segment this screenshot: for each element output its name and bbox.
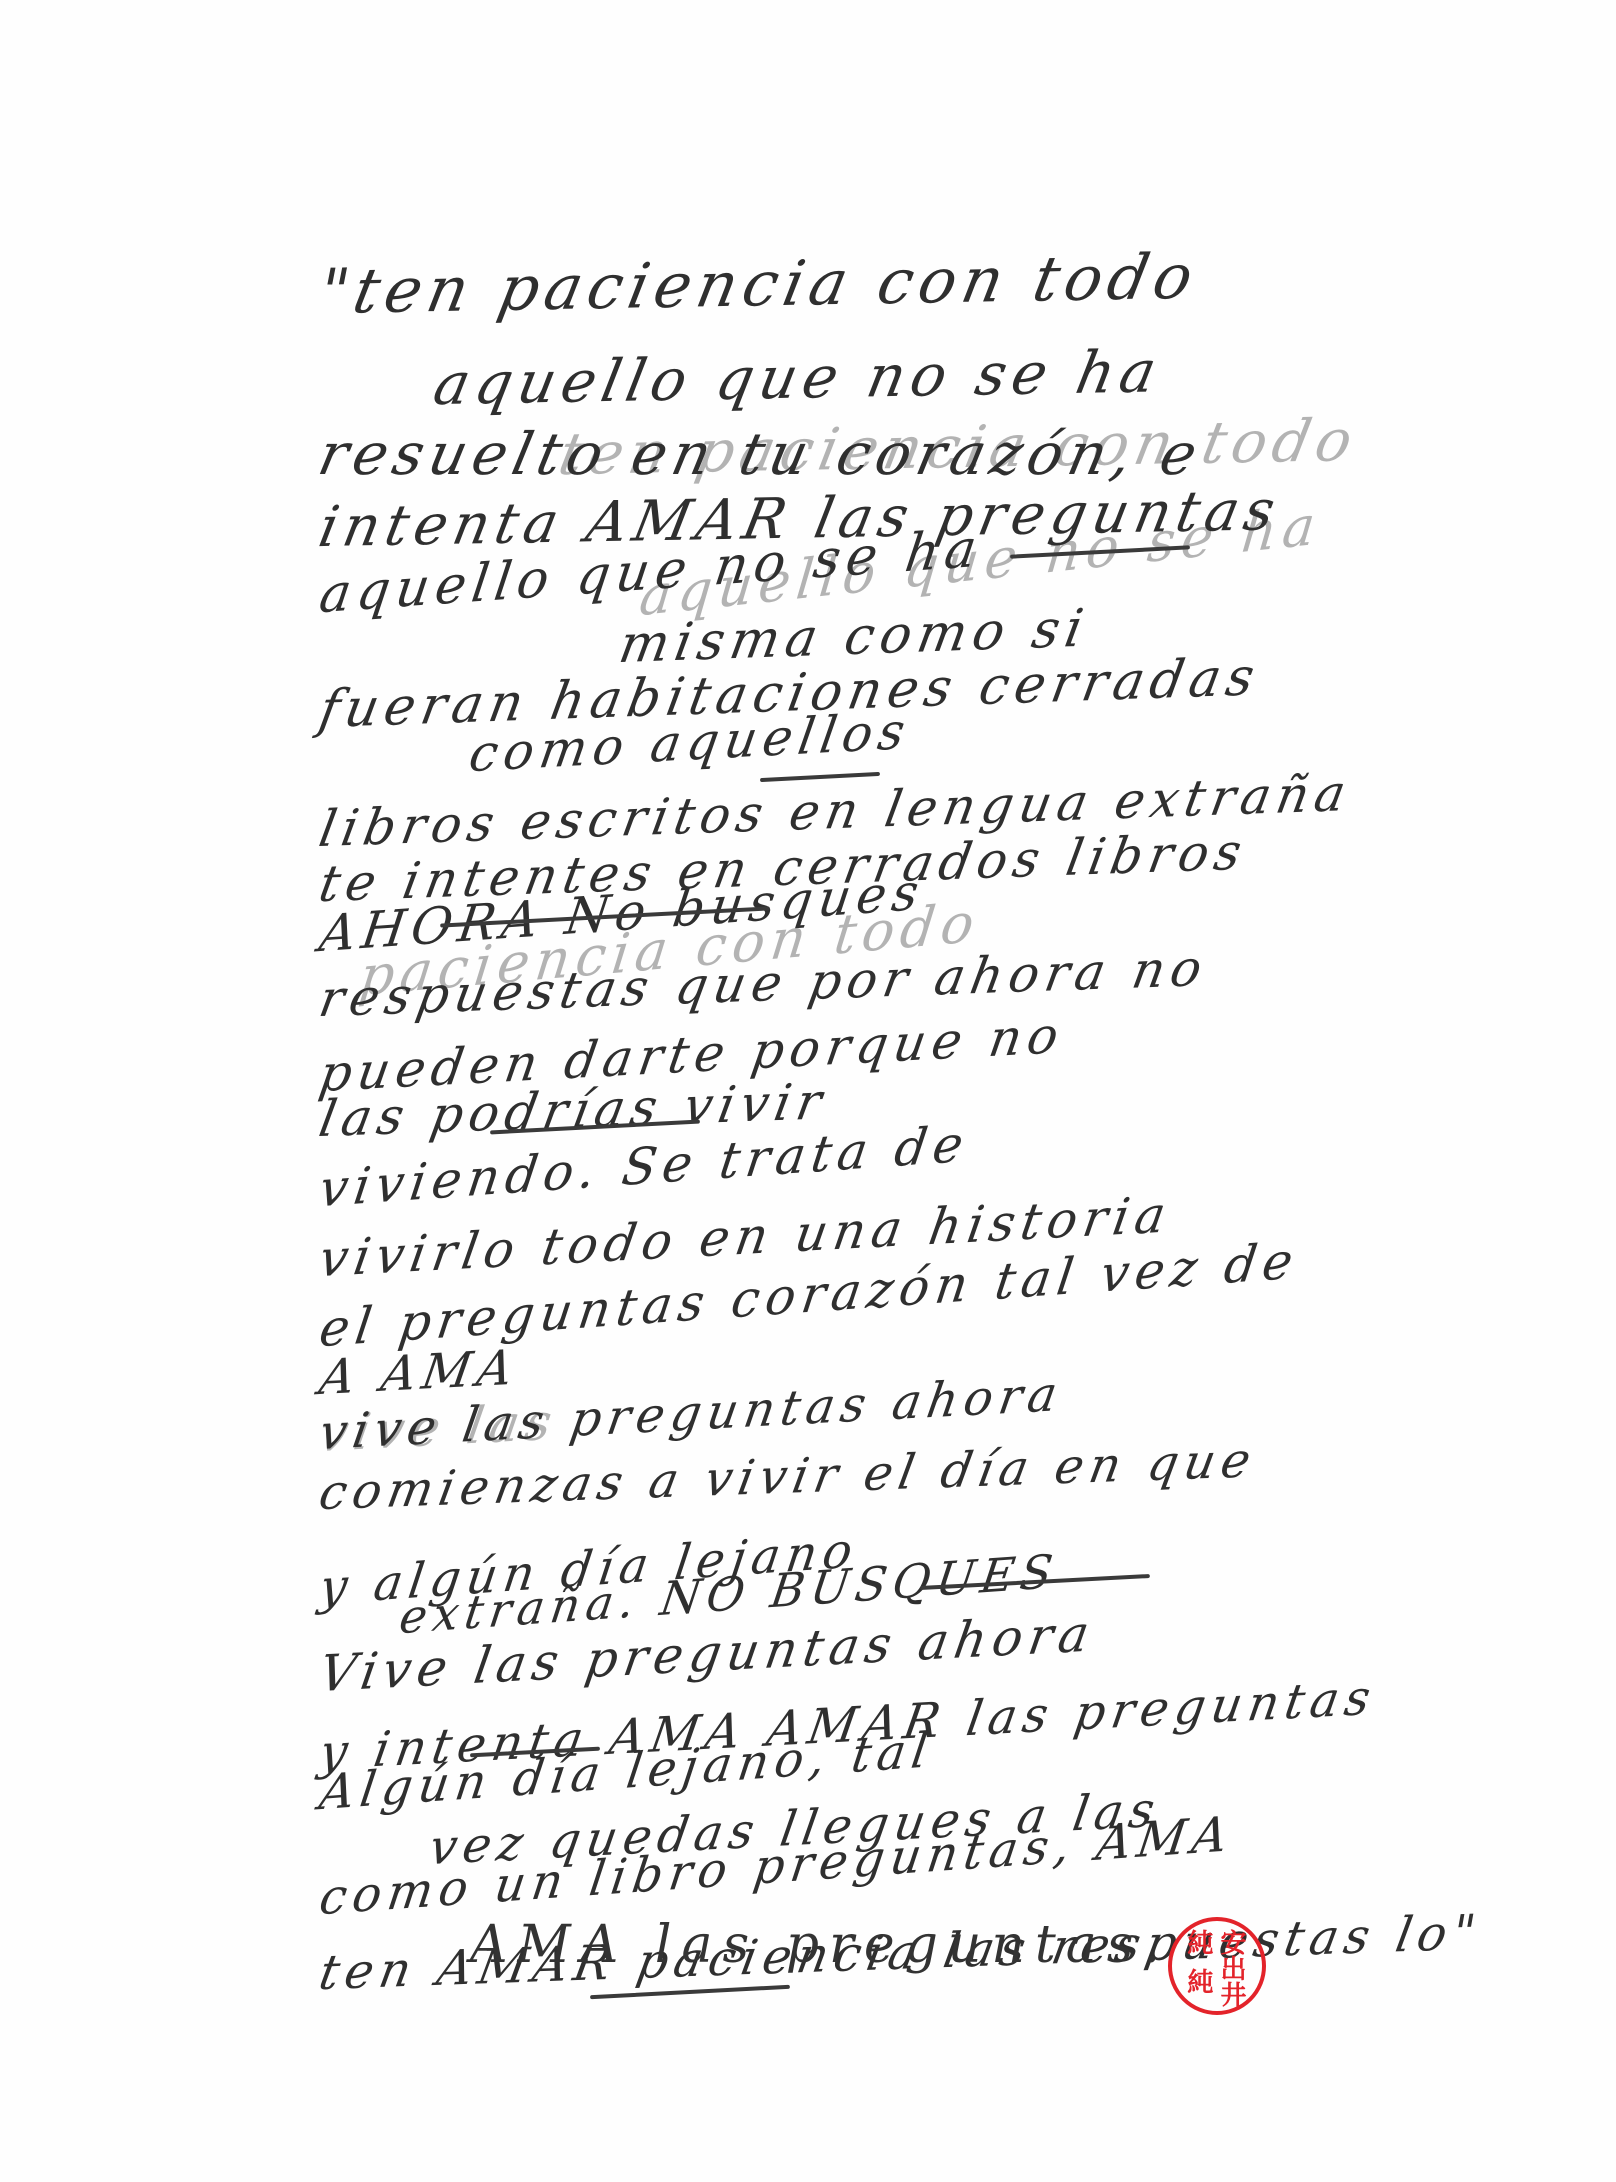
handwriting-line: "ten paciencia con todo: [313, 240, 1205, 329]
seal-char-3: 純: [1184, 1970, 1217, 1996]
seal-char-2: 安: [1217, 1931, 1250, 1957]
seal-char-4: 出井: [1217, 1957, 1250, 2009]
handwritten-manuscript: ten paciencia con todoaquello que no se …: [320, 255, 1380, 1825]
red-seal-stamp: 純 安 純 出井: [1168, 1917, 1266, 2015]
handwriting-line: resuelto en tu corazón, e: [313, 420, 1209, 488]
signature-line: AMA las preguntas.: [470, 1915, 1170, 1975]
handwriting-line: aquello que no se ha: [428, 337, 1167, 418]
seal-char-1: 純: [1184, 1931, 1217, 1957]
